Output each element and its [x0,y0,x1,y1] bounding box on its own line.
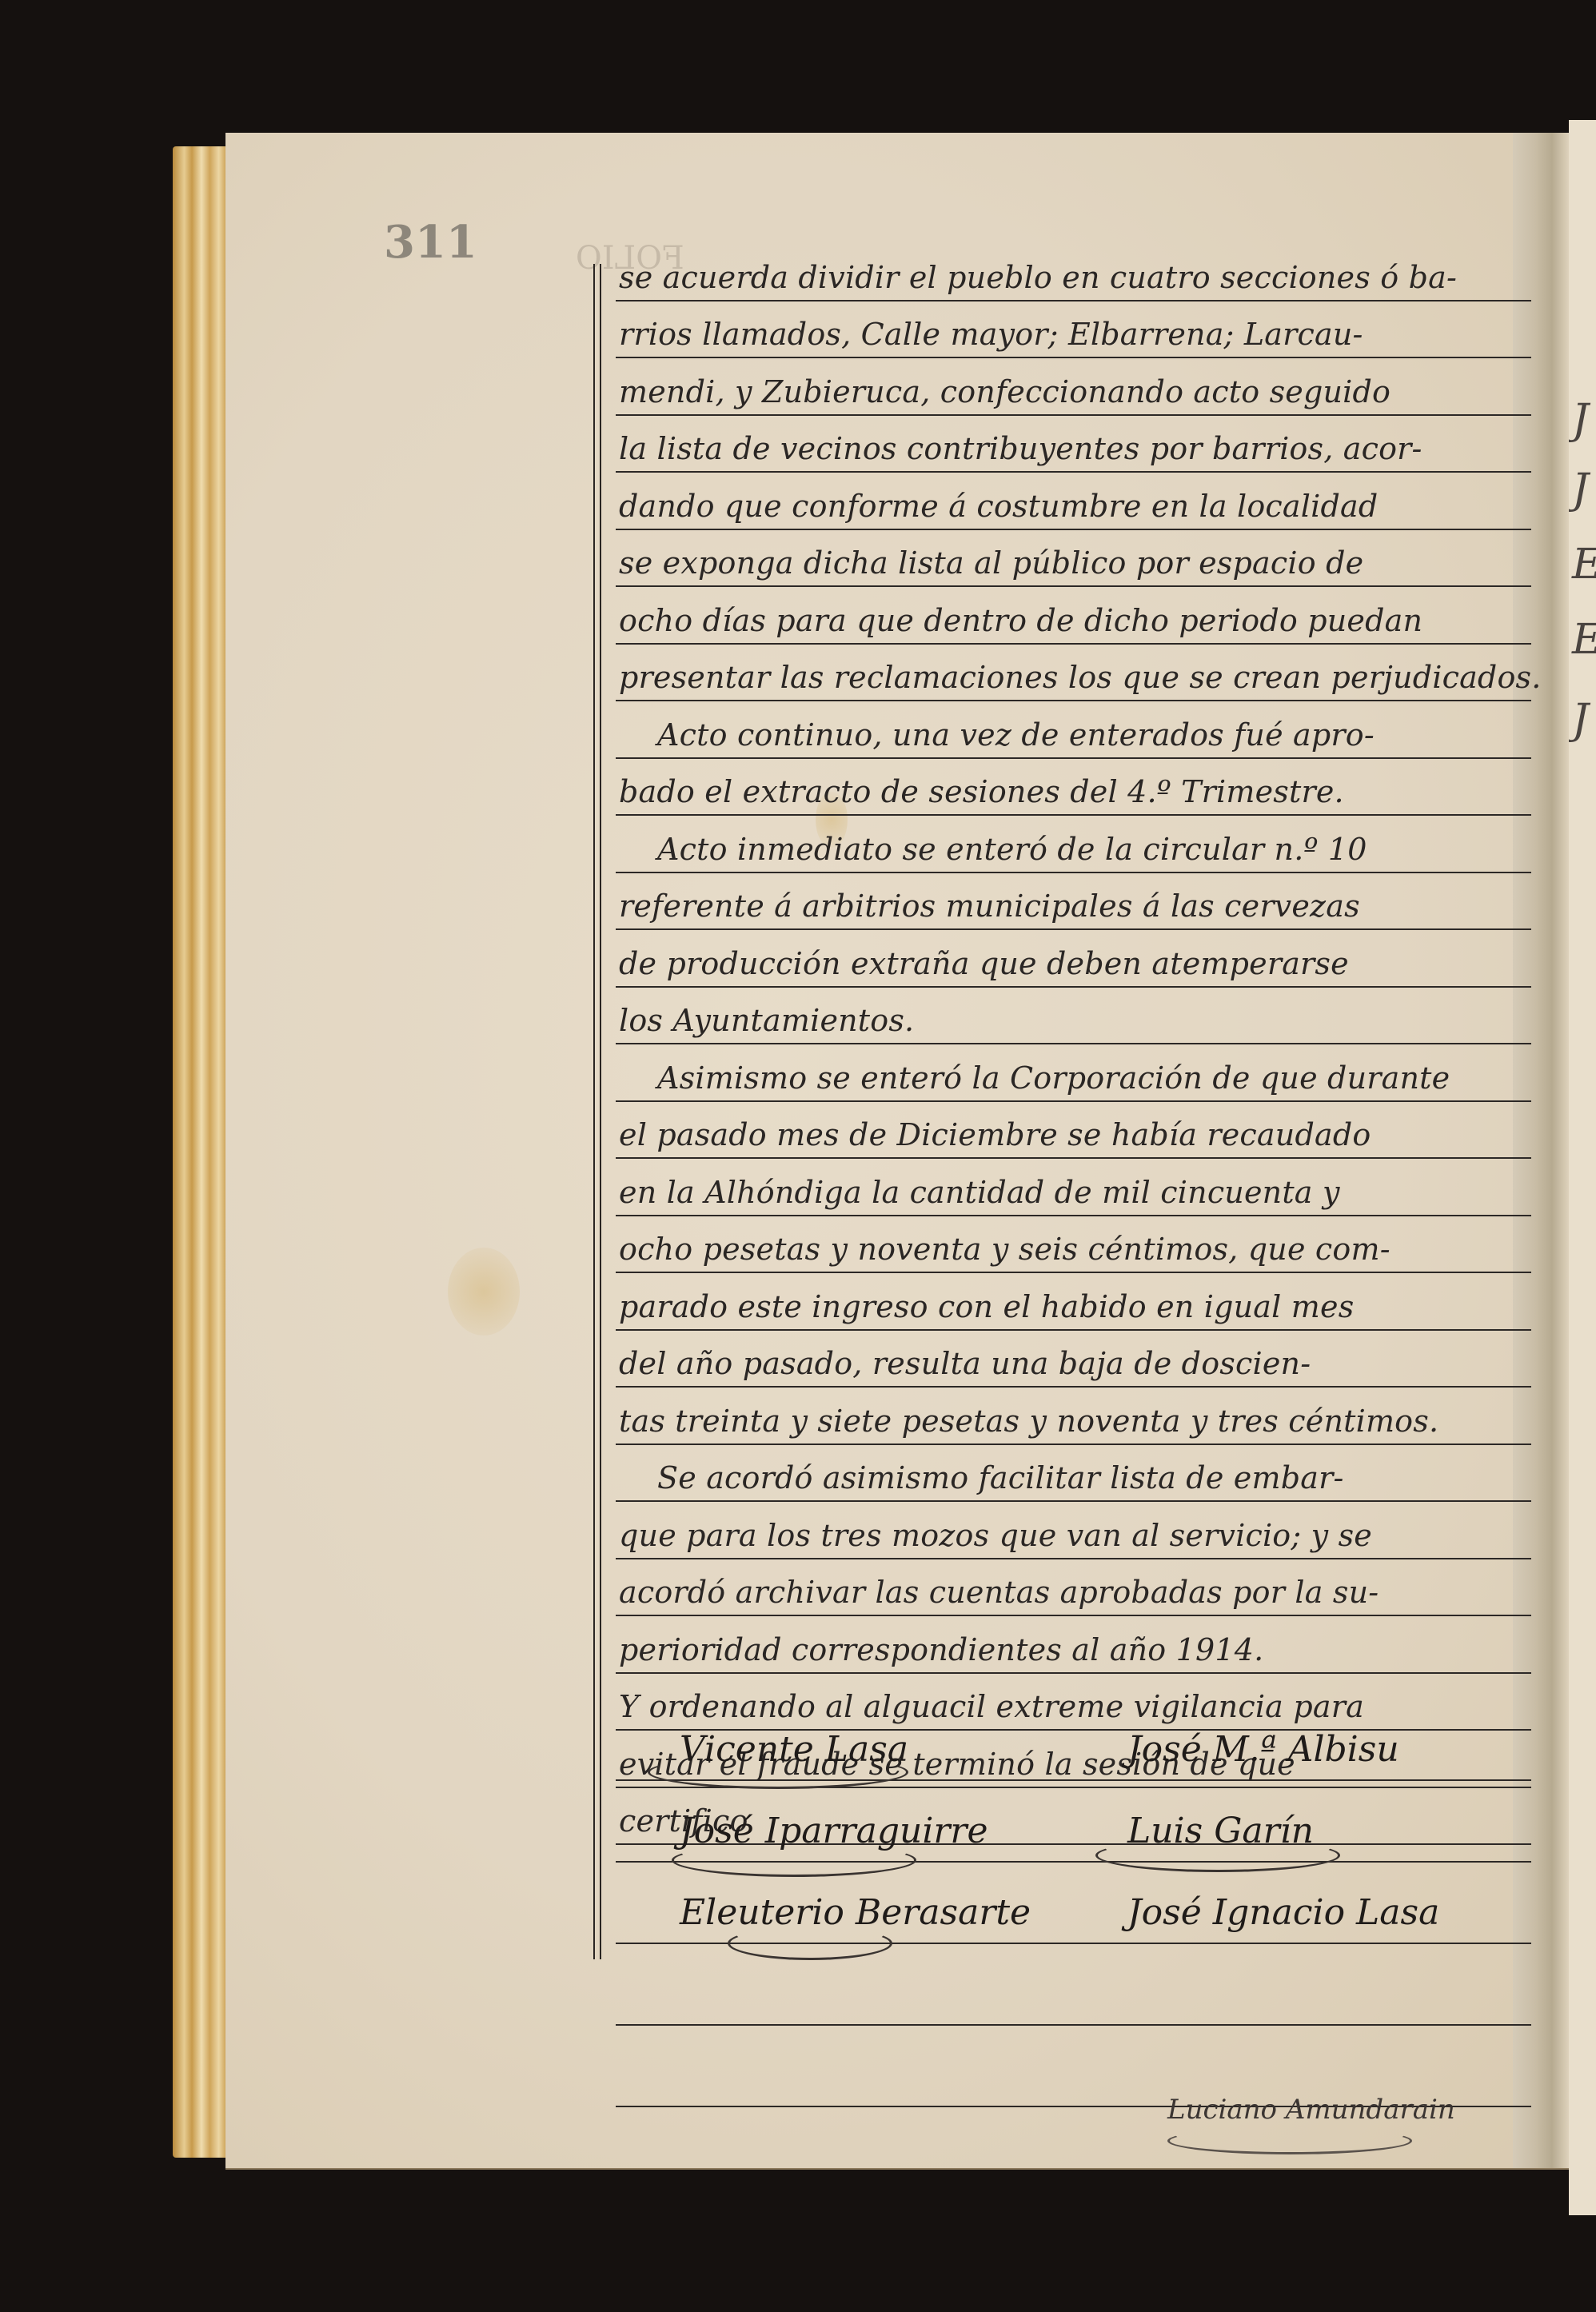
text-line: la lista de vecinos contribuyentes por b… [616,416,1531,473]
text-line: los Ayuntamientos. [616,988,1531,1045]
next-page-glyph: E [1572,616,1596,664]
text-line: mendi, y Zubieruca, confeccionando acto … [616,358,1531,416]
text-line: perioridad correspondientes al año 1914. [616,1616,1531,1674]
text-line: rrios llamados, Calle mayor; Elbarrena; … [616,301,1531,359]
text-line: bado el extracto de sesiones del 4.º Tri… [616,759,1531,817]
text-line: del año pasado, resulta una baja de dosc… [616,1331,1531,1388]
secretary-signature: Luciano Amundarain [1167,2094,1455,2126]
text-line: que para los tres mozos que van al servi… [616,1502,1531,1559]
text-line: acordó archivar las cuentas aprobadas po… [616,1559,1531,1617]
text-line: en la Alhóndiga la cantidad de mil cincu… [616,1159,1531,1216]
text-line: el pasado mes de Diciembre se había reca… [616,1102,1531,1160]
paper-stain [448,1248,520,1336]
text-line: ocho días para que dentro de dicho perio… [616,587,1531,645]
text-line: ocho pesetas y noventa y seis céntimos, … [616,1216,1531,1274]
text-line: de producción extraña que deben atempera… [616,930,1531,988]
text-line: se acuerda dividir el pueblo en cuatro s… [616,244,1531,301]
text-line: Se acordó asimismo facilitar lista de em… [616,1445,1531,1503]
next-page-glyph: J [1572,465,1589,513]
signature: José Ignacio Lasa [1127,1892,1439,1933]
margin-double-rule [593,264,601,1959]
signature-row [616,1944,1531,2026]
next-page-glyph: J [1572,396,1589,444]
next-page-glyph: E [1572,541,1596,589]
next-page-edge: J J E E J [1569,120,1596,2215]
text-line: Acto inmediato se enteró de la circular … [616,816,1531,873]
minutes-text: se acuerda dividir el pueblo en cuatro s… [616,244,1531,1845]
text-line: dando que conforme á costumbre en la loc… [616,473,1531,530]
text-line: parado este ingreso con el habido en igu… [616,1273,1531,1331]
signature-flourish [1167,2127,1412,2154]
text-line: Asimismo se enteró la Corporación de que… [616,1044,1531,1102]
signature-row: Eleuterio Berasarte José Ignacio Lasa [616,1863,1531,1944]
text-line: se exponga dicha lista al público por es… [616,530,1531,588]
text-line: presentar las reclamaciones los que se c… [616,645,1531,702]
signature: Eleuterio Berasarte [680,1892,1031,1933]
text-line: Acto continuo, una vez de enterados fué … [616,701,1531,759]
text-line: referente á arbitrios municipales á las … [616,873,1531,931]
folio-number: 311 [384,216,477,269]
signature: José M.ª Albisu [1127,1729,1399,1770]
signature-block: Vicente Lasa José M.ª Albisu José Iparra… [616,1699,1531,2107]
next-page-glyph: J [1572,696,1589,744]
signature-row: José Iparraguirre Luis Garín [616,1781,1531,1863]
text-line: tas treinta y siete pesetas y noventa y … [616,1388,1531,1445]
signature-row: Vicente Lasa José M.ª Albisu [616,1699,1531,1781]
